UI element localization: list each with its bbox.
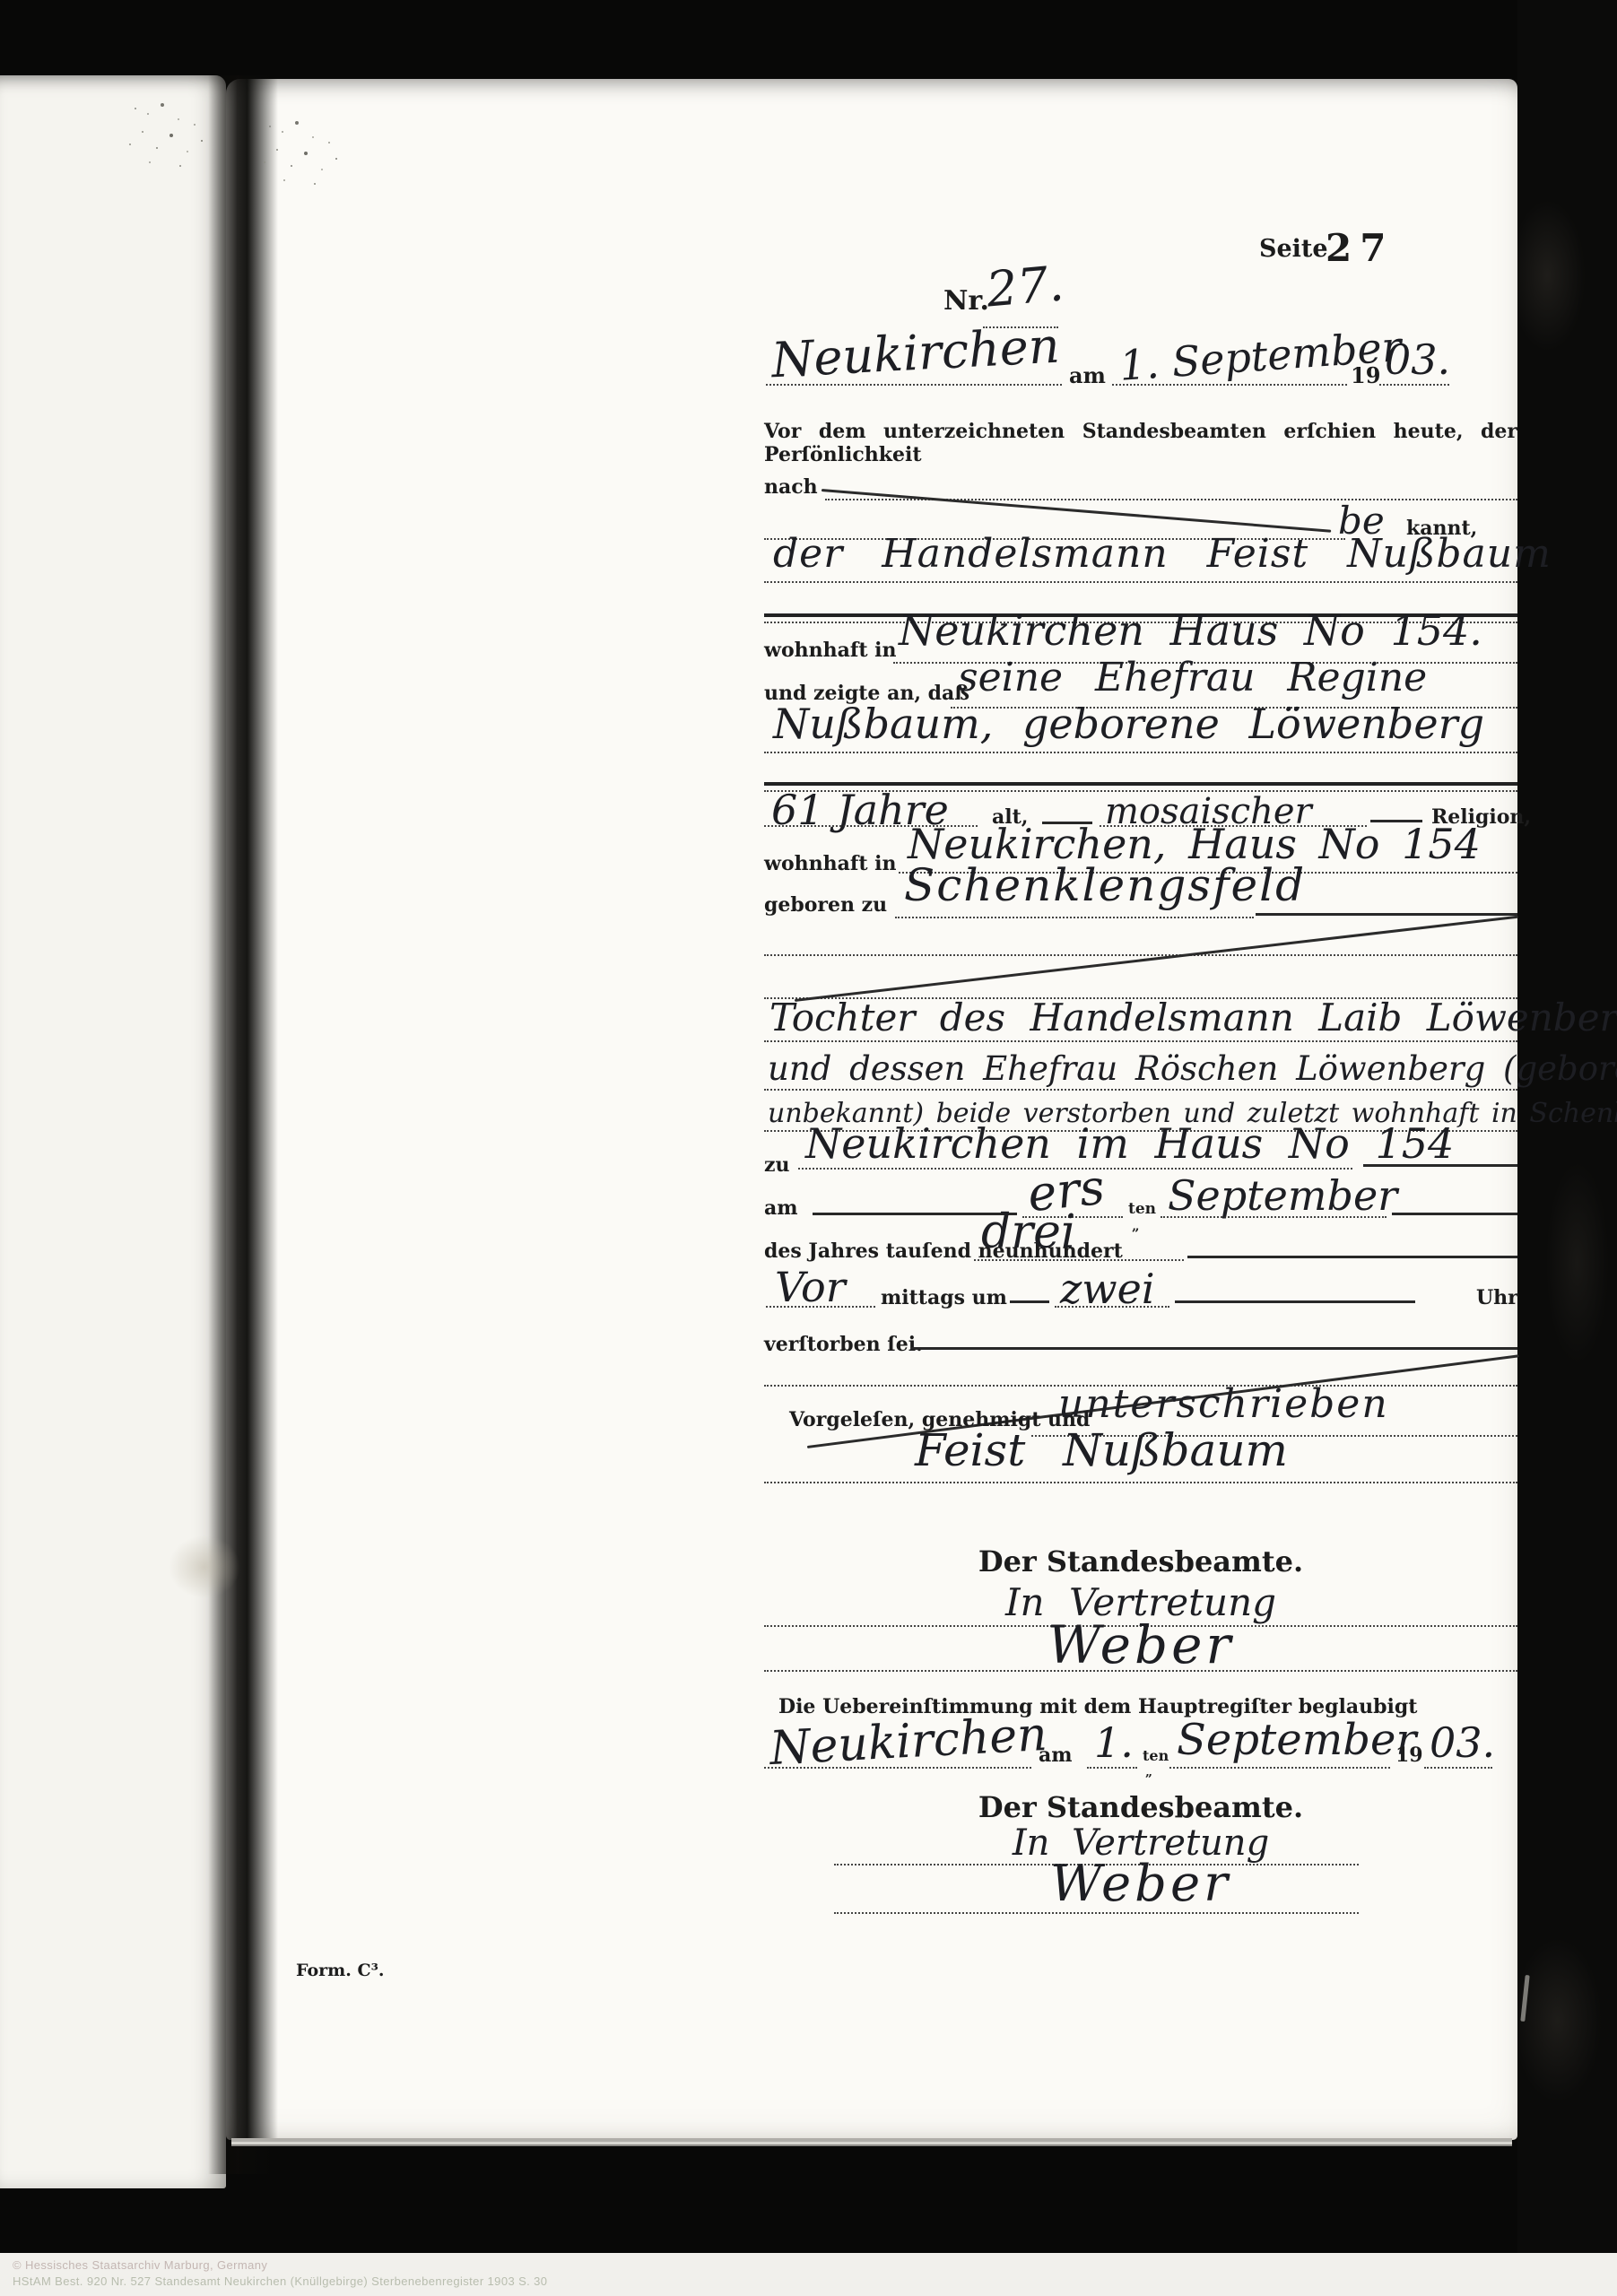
daytime-handwritten: Vor: [775, 1263, 846, 1311]
death-place-handwritten: Neukirchen im Haus No 154: [805, 1119, 1454, 1168]
dotted-line: [766, 384, 1062, 386]
parents-line2-handwritten: und dessen Ehefrau Röschen Löwenberg (ge…: [768, 1049, 1617, 1088]
dotted-line: [764, 1040, 1517, 1042]
intro-nach-label: nach: [764, 475, 818, 499]
death-place-label: zu: [764, 1153, 790, 1177]
watermark-line2: HStAM Best. 920 Nr. 527 Standesamt Neuki…: [13, 2274, 547, 2288]
paper-speckles: [269, 126, 271, 127]
page-number-label: Seite: [1259, 235, 1328, 263]
residence-handwritten: Neukirchen Haus No 154.: [899, 606, 1482, 655]
death-year-handwritten: drei: [981, 1205, 1076, 1259]
record-number-handwritten: 27.: [984, 255, 1065, 317]
death-month-handwritten: September: [1168, 1171, 1397, 1220]
certification-month-handwritten: September: [1177, 1715, 1416, 1765]
closing-value-handwritten: unterschrieben: [1058, 1381, 1389, 1427]
registrar-title: Der Standesbeamte.: [764, 1544, 1517, 1578]
dotted-line: [764, 1670, 1517, 1672]
certification-am-label: am: [1039, 1744, 1073, 1767]
dotted-line: [834, 1912, 1359, 1914]
book-cover: [1517, 0, 1617, 2296]
ditto-mark: „: [1132, 1218, 1140, 1234]
declarant-line-handwritten: der Handelsmann Feist Nußbaum: [773, 531, 1552, 577]
dotted-line: [1087, 1767, 1137, 1769]
certification-day-handwritten: 1.: [1094, 1718, 1134, 1767]
paper-speckles: [135, 108, 136, 109]
died-label: verſtorben ſei.: [764, 1333, 923, 1356]
intro-line1: Vor dem unterzeichneten Standesbeamten e…: [764, 420, 1517, 466]
registrar-signature: Weber: [764, 1855, 1517, 1913]
mittags-label: mittags um: [881, 1286, 1007, 1309]
dotted-line: [1161, 1216, 1387, 1218]
dotted-line: [764, 1482, 1517, 1483]
dotted-line: [764, 581, 1517, 583]
filler-line: [1010, 1300, 1049, 1303]
form-id: Form. C³.: [296, 1961, 385, 1980]
residence-label: wohnhaft in: [764, 639, 897, 662]
record-number-label: Nr.: [943, 285, 989, 317]
filler-line: [911, 1347, 1517, 1350]
dotted-line: [766, 1306, 875, 1308]
book-gutter-shadow: [208, 75, 278, 2174]
filler-line: [1256, 913, 1517, 916]
announce2-handwritten: Nußbaum, geborene Löwenberg: [773, 700, 1484, 748]
dotted-line: [1055, 1306, 1169, 1308]
ditto-mark: „: [1145, 1765, 1152, 1779]
dateline-year-handwritten: 03.: [1385, 335, 1450, 384]
filler-line: [1363, 1164, 1517, 1167]
filler-line: [1175, 1300, 1415, 1303]
declarant-signature: Feist Nußbaum: [915, 1424, 1288, 1476]
dotted-line: [764, 1089, 1517, 1091]
certification-ten-label: ten: [1143, 1747, 1169, 1764]
dotted-line: [764, 954, 1517, 956]
certification-year-handwritten: 03.: [1430, 1718, 1495, 1767]
scan-footer-strip: © Hessisches Staatsarchiv Marburg, Germa…: [0, 2253, 1617, 2296]
page-bottom-edge: [231, 2138, 1512, 2146]
page-number: 27: [1326, 226, 1394, 270]
paper-stain: [169, 1535, 240, 1598]
announce-handwritten: seine Ehefrau Regine: [958, 655, 1427, 700]
uhr-label: Uhr: [1476, 1286, 1518, 1309]
dotted-line: [764, 752, 1517, 753]
dotted-line: [1379, 384, 1449, 386]
birthplace-handwritten: Schenklengsfeld: [904, 859, 1306, 911]
dotted-line: [895, 917, 1254, 918]
scanned-death-register-page: Seite 27 Nr. 27. Neukirchen am 1. Septem…: [0, 0, 1617, 2296]
parents-line1-handwritten: Tochter des Handelsmann Laib Löwenberg: [769, 996, 1617, 1039]
dateline-am-label: am: [1069, 362, 1106, 388]
facing-page: [0, 75, 226, 2188]
deceased-residence-label: wohnhaft in: [764, 852, 897, 875]
dotted-line: [1112, 384, 1347, 386]
death-date-am-label: am: [764, 1196, 798, 1220]
dotted-line: [764, 1767, 1031, 1769]
certification-year-printed: 19: [1395, 1744, 1423, 1767]
filler-line: [1392, 1213, 1517, 1215]
registrar-title: Der Standesbeamte.: [764, 1790, 1517, 1824]
death-ten-label: ten: [1128, 1200, 1156, 1218]
dotted-line: [1169, 1767, 1390, 1769]
dotted-line: [974, 1259, 1184, 1261]
filler-line: [1187, 1256, 1517, 1258]
dotted-line: [1424, 1767, 1492, 1769]
born-label: geboren zu: [764, 893, 887, 917]
dateline-year-printed: 19: [1351, 362, 1380, 388]
registrar-signature: Weber: [764, 1614, 1517, 1675]
watermark-line1: © Hessisches Staatsarchiv Marburg, Germa…: [13, 2258, 267, 2272]
